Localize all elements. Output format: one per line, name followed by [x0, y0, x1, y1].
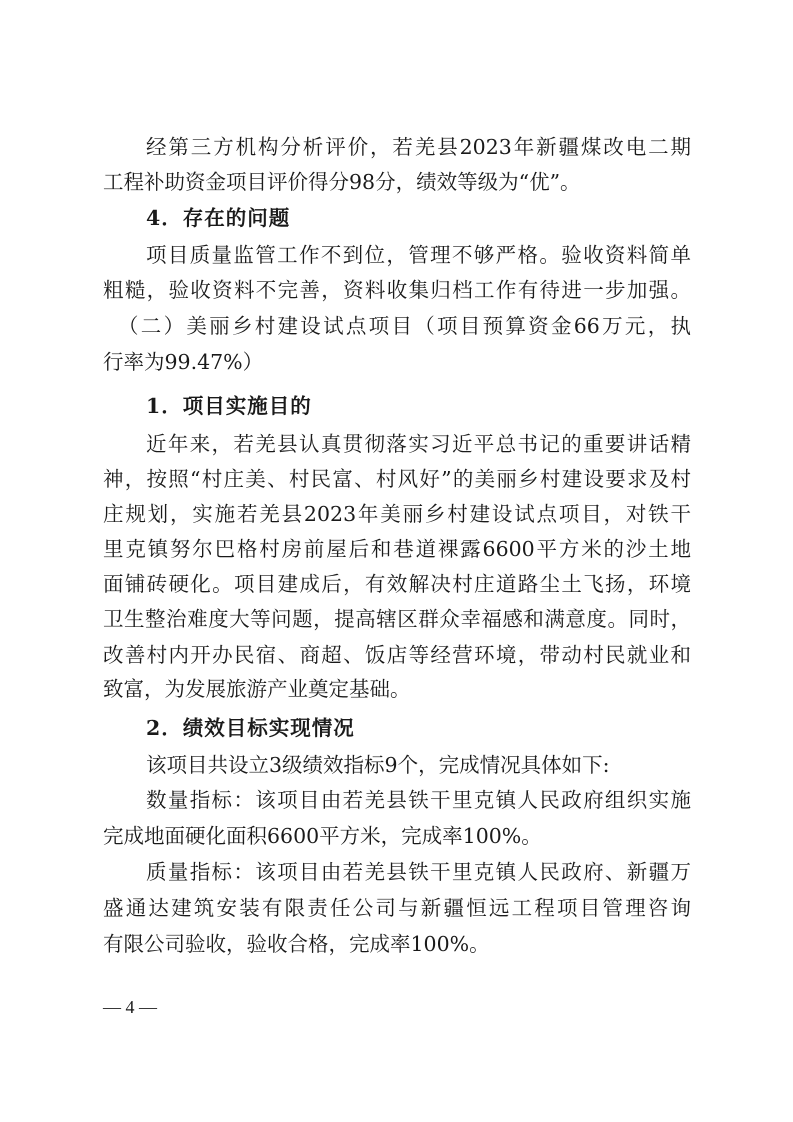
section-heading: 2．绩效目标实现情况: [146, 711, 355, 746]
paragraph-line: 数量指标：该项目由若羌县铁干里克镇人民政府组织实施: [146, 783, 691, 818]
document-page: 经第三方机构分析评价，若羌县2023年新疆煤改电二期 工程补助资金项目评价得分9…: [0, 0, 793, 1122]
section-heading: 4．存在的问题: [146, 201, 290, 236]
paragraph-line: 工程补助资金项目评价得分98分，绩效等级为“优”。: [103, 165, 691, 200]
paragraph-line: 致富，为发展旅游产业奠定基础。: [103, 672, 691, 707]
paragraph-line: 经第三方机构分析评价，若羌县2023年新疆煤改电二期: [146, 130, 691, 165]
paragraph-line: 里克镇努尔巴格村房前屋后和巷道裸露6600平方米的沙土地: [103, 532, 691, 567]
paragraph-line: 近年来，若羌县认真贯彻落实习近平总书记的重要讲话精: [146, 427, 691, 462]
paragraph-line: 该项目共设立3级绩效指标9个，完成情况具体如下:: [146, 748, 691, 783]
page-number: — 4 —: [103, 992, 157, 1022]
paragraph-line: 粗糙，验收资料不完善，资料收集归档工作有待进一步加强。: [103, 273, 691, 308]
paragraph-line: 行率为99.47%）: [103, 345, 691, 380]
paragraph-line: 项目质量监管工作不到位，管理不够严格。验收资料简单: [146, 238, 691, 273]
paragraph-line: 卫生整治难度大等问题，提高辖区群众幸福感和满意度。同时，: [103, 602, 691, 637]
paragraph-line: 神，按照“村庄美、村民富、村风好”的美丽乡村建设要求及村: [103, 462, 691, 497]
paragraph-line: 面铺砖硬化。项目建成后，有效解决村庄道路尘土飞扬，环境: [103, 567, 691, 602]
paragraph-line: 庄规划，实施若羌县2023年美丽乡村建设试点项目，对铁干: [103, 497, 691, 532]
paragraph-line: 盛通达建筑安装有限责任公司与新疆恒远工程项目管理咨询: [103, 891, 691, 926]
paragraph-line: 质量指标：该项目由若羌县铁干里克镇人民政府、新疆万: [146, 855, 691, 890]
paragraph-line: 有限公司验收，验收合格，完成率100%。: [103, 927, 691, 962]
paragraph-line: （二）美丽乡村建设试点项目（项目预算资金66万元，执: [118, 309, 691, 344]
section-heading: 1．项目实施目的: [146, 389, 312, 424]
paragraph-line: 改善村内开办民宿、商超、饭店等经营环境，带动村民就业和: [103, 638, 691, 673]
paragraph-line: 完成地面硬化面积6600平方米，完成率100%。: [103, 819, 691, 854]
